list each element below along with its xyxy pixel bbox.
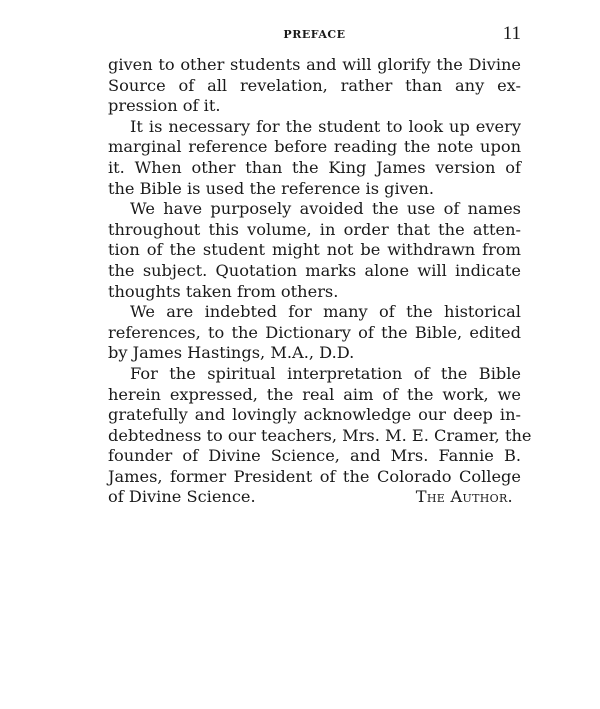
text-line: gratefully and lovingly acknowledge our … xyxy=(108,405,521,426)
text-line: We have purposely avoided the use of nam… xyxy=(108,199,521,220)
closing-line: of Divine Science. The Author. xyxy=(108,487,521,508)
text-line: thoughts taken from others. xyxy=(108,282,521,303)
text-line: it. When other than the King James versi… xyxy=(108,158,521,179)
paragraph: It is necessary for the student to look … xyxy=(108,117,521,199)
page-number: 11 xyxy=(503,23,521,45)
text-line: We are indebted for many of the historic… xyxy=(108,302,521,323)
text-line: references, to the Dictionary of the Bib… xyxy=(108,323,521,344)
text-line: pression of it. xyxy=(108,96,521,117)
text-line: tion of the student might not be withdra… xyxy=(108,240,521,261)
text-line: the subject. Quotation marks alone will … xyxy=(108,261,521,282)
paragraph: We have purposely avoided the use of nam… xyxy=(108,199,521,302)
text-line: herein expressed, the real aim of the wo… xyxy=(108,385,521,406)
text-line: the Bible is used the reference is given… xyxy=(108,179,521,200)
text-line: Source of all revelation, rather than an… xyxy=(108,76,521,97)
author-signature: The Author. xyxy=(416,487,513,508)
text-line: throughout this volume, in order that th… xyxy=(108,220,521,241)
text-line: For the spiritual interpretation of the … xyxy=(108,364,521,385)
running-title: PREFACE xyxy=(108,28,521,41)
text-line: debtedness to our teachers, Mrs. M. E. C… xyxy=(108,426,521,447)
text-line: It is necessary for the student to look … xyxy=(108,117,521,138)
text-line: given to other students and will glorify… xyxy=(108,55,521,76)
book-page: PREFACE 11 given to other students and w… xyxy=(0,0,600,709)
text-line: founder of Divine Science, and Mrs. Fann… xyxy=(108,446,521,467)
running-head: PREFACE 11 xyxy=(108,23,521,45)
text-line: by James Hastings, M.A., D.D. xyxy=(108,343,521,364)
paragraph: given to other students and will glorify… xyxy=(108,55,521,117)
body-text: given to other students and will glorify… xyxy=(108,55,521,508)
text-line: James, former President of the Colorado … xyxy=(108,467,521,488)
paragraph: For the spiritual interpretation of the … xyxy=(108,364,521,508)
text-line: marginal reference before reading the no… xyxy=(108,137,521,158)
paragraph: We are indebted for many of the historic… xyxy=(108,302,521,364)
text-line: of Divine Science. xyxy=(108,487,256,508)
